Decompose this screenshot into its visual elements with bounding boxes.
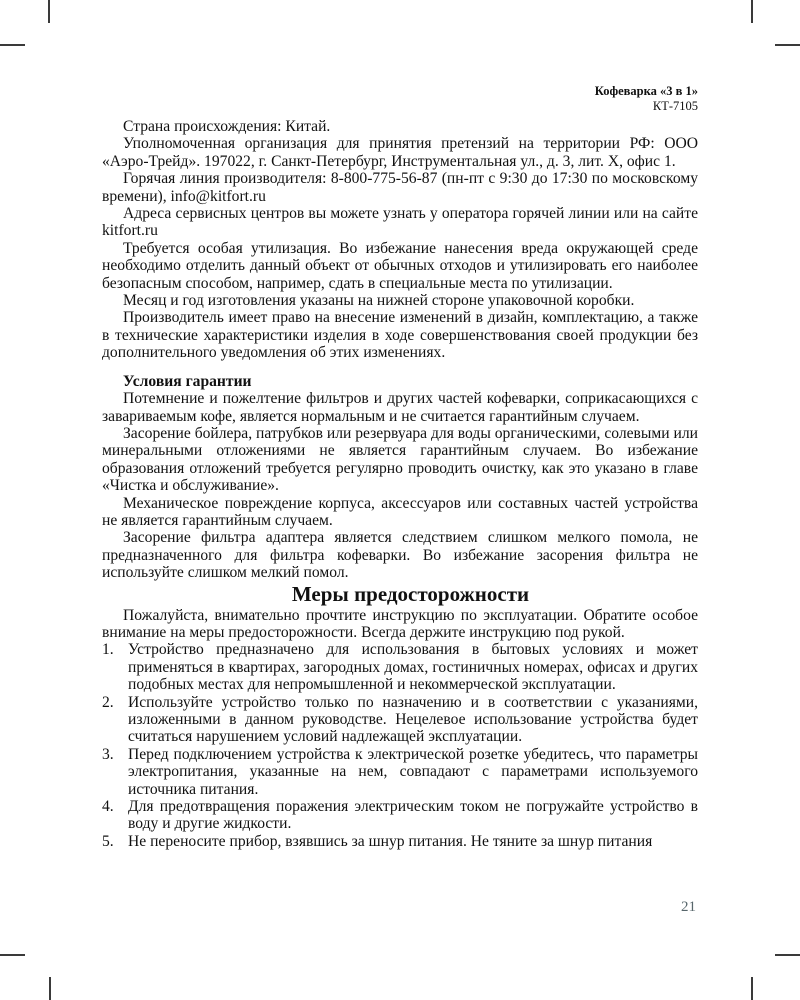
paragraph: Адреса сервисных центров вы можете узнат… bbox=[102, 205, 698, 240]
warranty-heading: Условия гарантии bbox=[102, 373, 698, 390]
list-item-text: Не переносите прибор, взявшись за шнур п… bbox=[128, 833, 698, 850]
list-item-text: Перед подключением устройства к электрич… bbox=[128, 746, 698, 798]
manual-page: Кофеварка «3 в 1» КТ-7105 Страна происхо… bbox=[0, 0, 800, 1000]
crop-mark-top-right-vertical bbox=[751, 0, 753, 23]
crop-mark-bottom-left-horizontal bbox=[0, 954, 25, 956]
page-content: Страна происхождения: Китай. Уполномочен… bbox=[102, 118, 698, 850]
crop-mark-bottom-right-vertical bbox=[751, 977, 753, 1000]
list-item-text: Для предотвращения поражения электрическ… bbox=[128, 798, 698, 833]
paragraph: Страна происхождения: Китай. bbox=[102, 118, 698, 135]
precautions-heading: Меры предосторожности bbox=[102, 582, 698, 607]
paragraph: Требуется особая утилизация. Во избежани… bbox=[102, 240, 698, 292]
list-item: 4. Для предотвращения поражения электрич… bbox=[102, 798, 698, 833]
paragraph: Засорение бойлера, патрубков или резерву… bbox=[102, 425, 698, 495]
crop-mark-bottom-right-horizontal bbox=[775, 954, 800, 956]
paragraph: Засорение фильтра адаптера является след… bbox=[102, 529, 698, 581]
list-item-text: Используйте устройство только по назначе… bbox=[128, 694, 698, 746]
paragraph: Производитель имеет право на внесение из… bbox=[102, 309, 698, 361]
paragraph: Пожалуйста, внимательно прочтите инструк… bbox=[102, 607, 698, 642]
crop-mark-top-left-horizontal bbox=[0, 44, 25, 46]
list-item: 5. Не переносите прибор, взявшись за шну… bbox=[102, 833, 698, 850]
list-item-text: Устройство предназначено для использован… bbox=[128, 641, 698, 693]
running-head-model: КТ-7105 bbox=[595, 99, 698, 114]
list-item-number: 2. bbox=[102, 694, 128, 746]
paragraph: Механическое повреждение корпуса, аксесс… bbox=[102, 495, 698, 530]
list-item: 3. Перед подключением устройства к элект… bbox=[102, 746, 698, 798]
crop-mark-top-right-horizontal bbox=[775, 44, 800, 46]
running-head: Кофеварка «3 в 1» КТ-7105 bbox=[595, 84, 698, 114]
paragraph: Месяц и год изготовления указаны на нижн… bbox=[102, 292, 698, 309]
running-head-product: Кофеварка «3 в 1» bbox=[595, 84, 698, 99]
paragraph: Горячая линия производителя: 8-800-775-5… bbox=[102, 170, 698, 205]
list-item: 1. Устройство предназначено для использо… bbox=[102, 641, 698, 693]
paragraph: Потемнение и пожелтение фильтров и други… bbox=[102, 390, 698, 425]
list-item: 2. Используйте устройство только по назн… bbox=[102, 694, 698, 746]
page-number: 21 bbox=[681, 899, 696, 916]
precautions-list: 1. Устройство предназначено для использо… bbox=[102, 641, 698, 850]
list-item-number: 3. bbox=[102, 746, 128, 798]
list-item-number: 5. bbox=[102, 833, 128, 850]
list-item-number: 1. bbox=[102, 641, 128, 693]
paragraph: Уполномоченная организация для принятия … bbox=[102, 135, 698, 170]
crop-mark-bottom-left-vertical bbox=[49, 977, 51, 1000]
crop-mark-top-left-vertical bbox=[48, 0, 50, 23]
list-item-number: 4. bbox=[102, 798, 128, 833]
